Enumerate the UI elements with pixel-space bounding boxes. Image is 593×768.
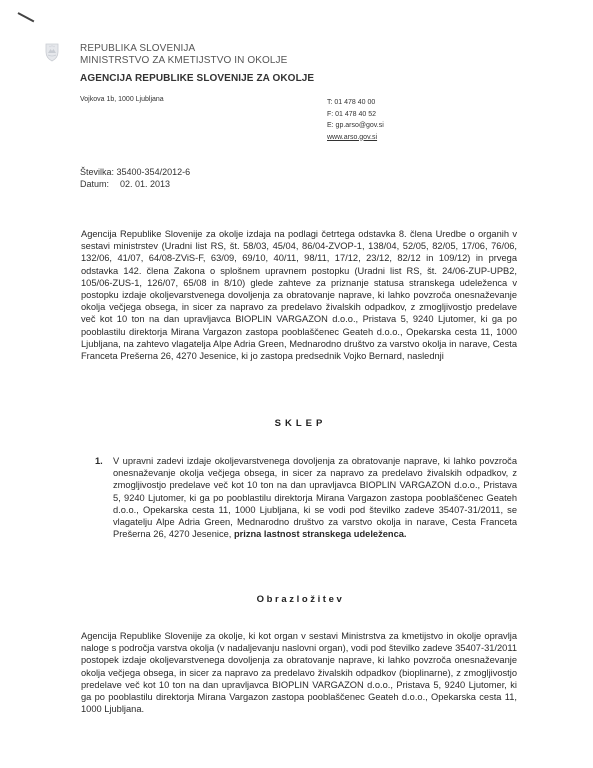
number-value: 35400-354/2012-6 bbox=[117, 167, 191, 177]
date-label: Datum: bbox=[80, 178, 120, 190]
obrazlozitev-heading: Obrazložitev bbox=[0, 594, 593, 605]
fax-number: F: 01 478 40 52 bbox=[327, 109, 384, 121]
agency-address: Vojkova 1b, 1000 Ljubljana bbox=[80, 96, 164, 103]
email-address[interactable]: E: gp.arso@gov.si bbox=[327, 120, 384, 132]
letterhead-republic: REPUBLIKA SLOVENIJA bbox=[80, 43, 195, 54]
contact-block: T: 01 478 40 00 F: 01 478 40 52 E: gp.ar… bbox=[327, 97, 384, 143]
obrazlozitev-paragraph: Agencija Republike Slovenije za okolje, … bbox=[81, 630, 517, 715]
letterhead-agency: AGENCIJA REPUBLIKE SLOVENIJE ZA OKOLJE bbox=[80, 73, 314, 84]
sklep-heading: SKLEP bbox=[0, 418, 593, 429]
phone-number: T: 01 478 40 00 bbox=[327, 97, 384, 109]
coat-of-arms-icon bbox=[44, 42, 60, 62]
item-number: 1. bbox=[95, 455, 103, 467]
sklep-item: 1. V upravni zadevi izdaje okoljevarstve… bbox=[95, 455, 517, 540]
date-value: 02. 01. 2013 bbox=[120, 179, 170, 189]
website-link[interactable]: www.arso.gov.si bbox=[327, 132, 384, 144]
item-text: V upravni zadevi izdaje okoljevarstveneg… bbox=[113, 456, 517, 539]
number-label: Številka: bbox=[80, 167, 114, 177]
letterhead-ministry: MINISTRSTVO ZA KMETIJSTVO IN OKOLJE bbox=[80, 55, 287, 66]
intro-paragraph: Agencija Republike Slovenije za okolje i… bbox=[81, 228, 517, 362]
document-meta: Številka: 35400-354/2012-6 Datum:02. 01.… bbox=[80, 166, 190, 190]
scan-pen-mark bbox=[18, 12, 35, 22]
item-bold-text: prizna lastnost stranskega udeleženca. bbox=[234, 529, 407, 539]
